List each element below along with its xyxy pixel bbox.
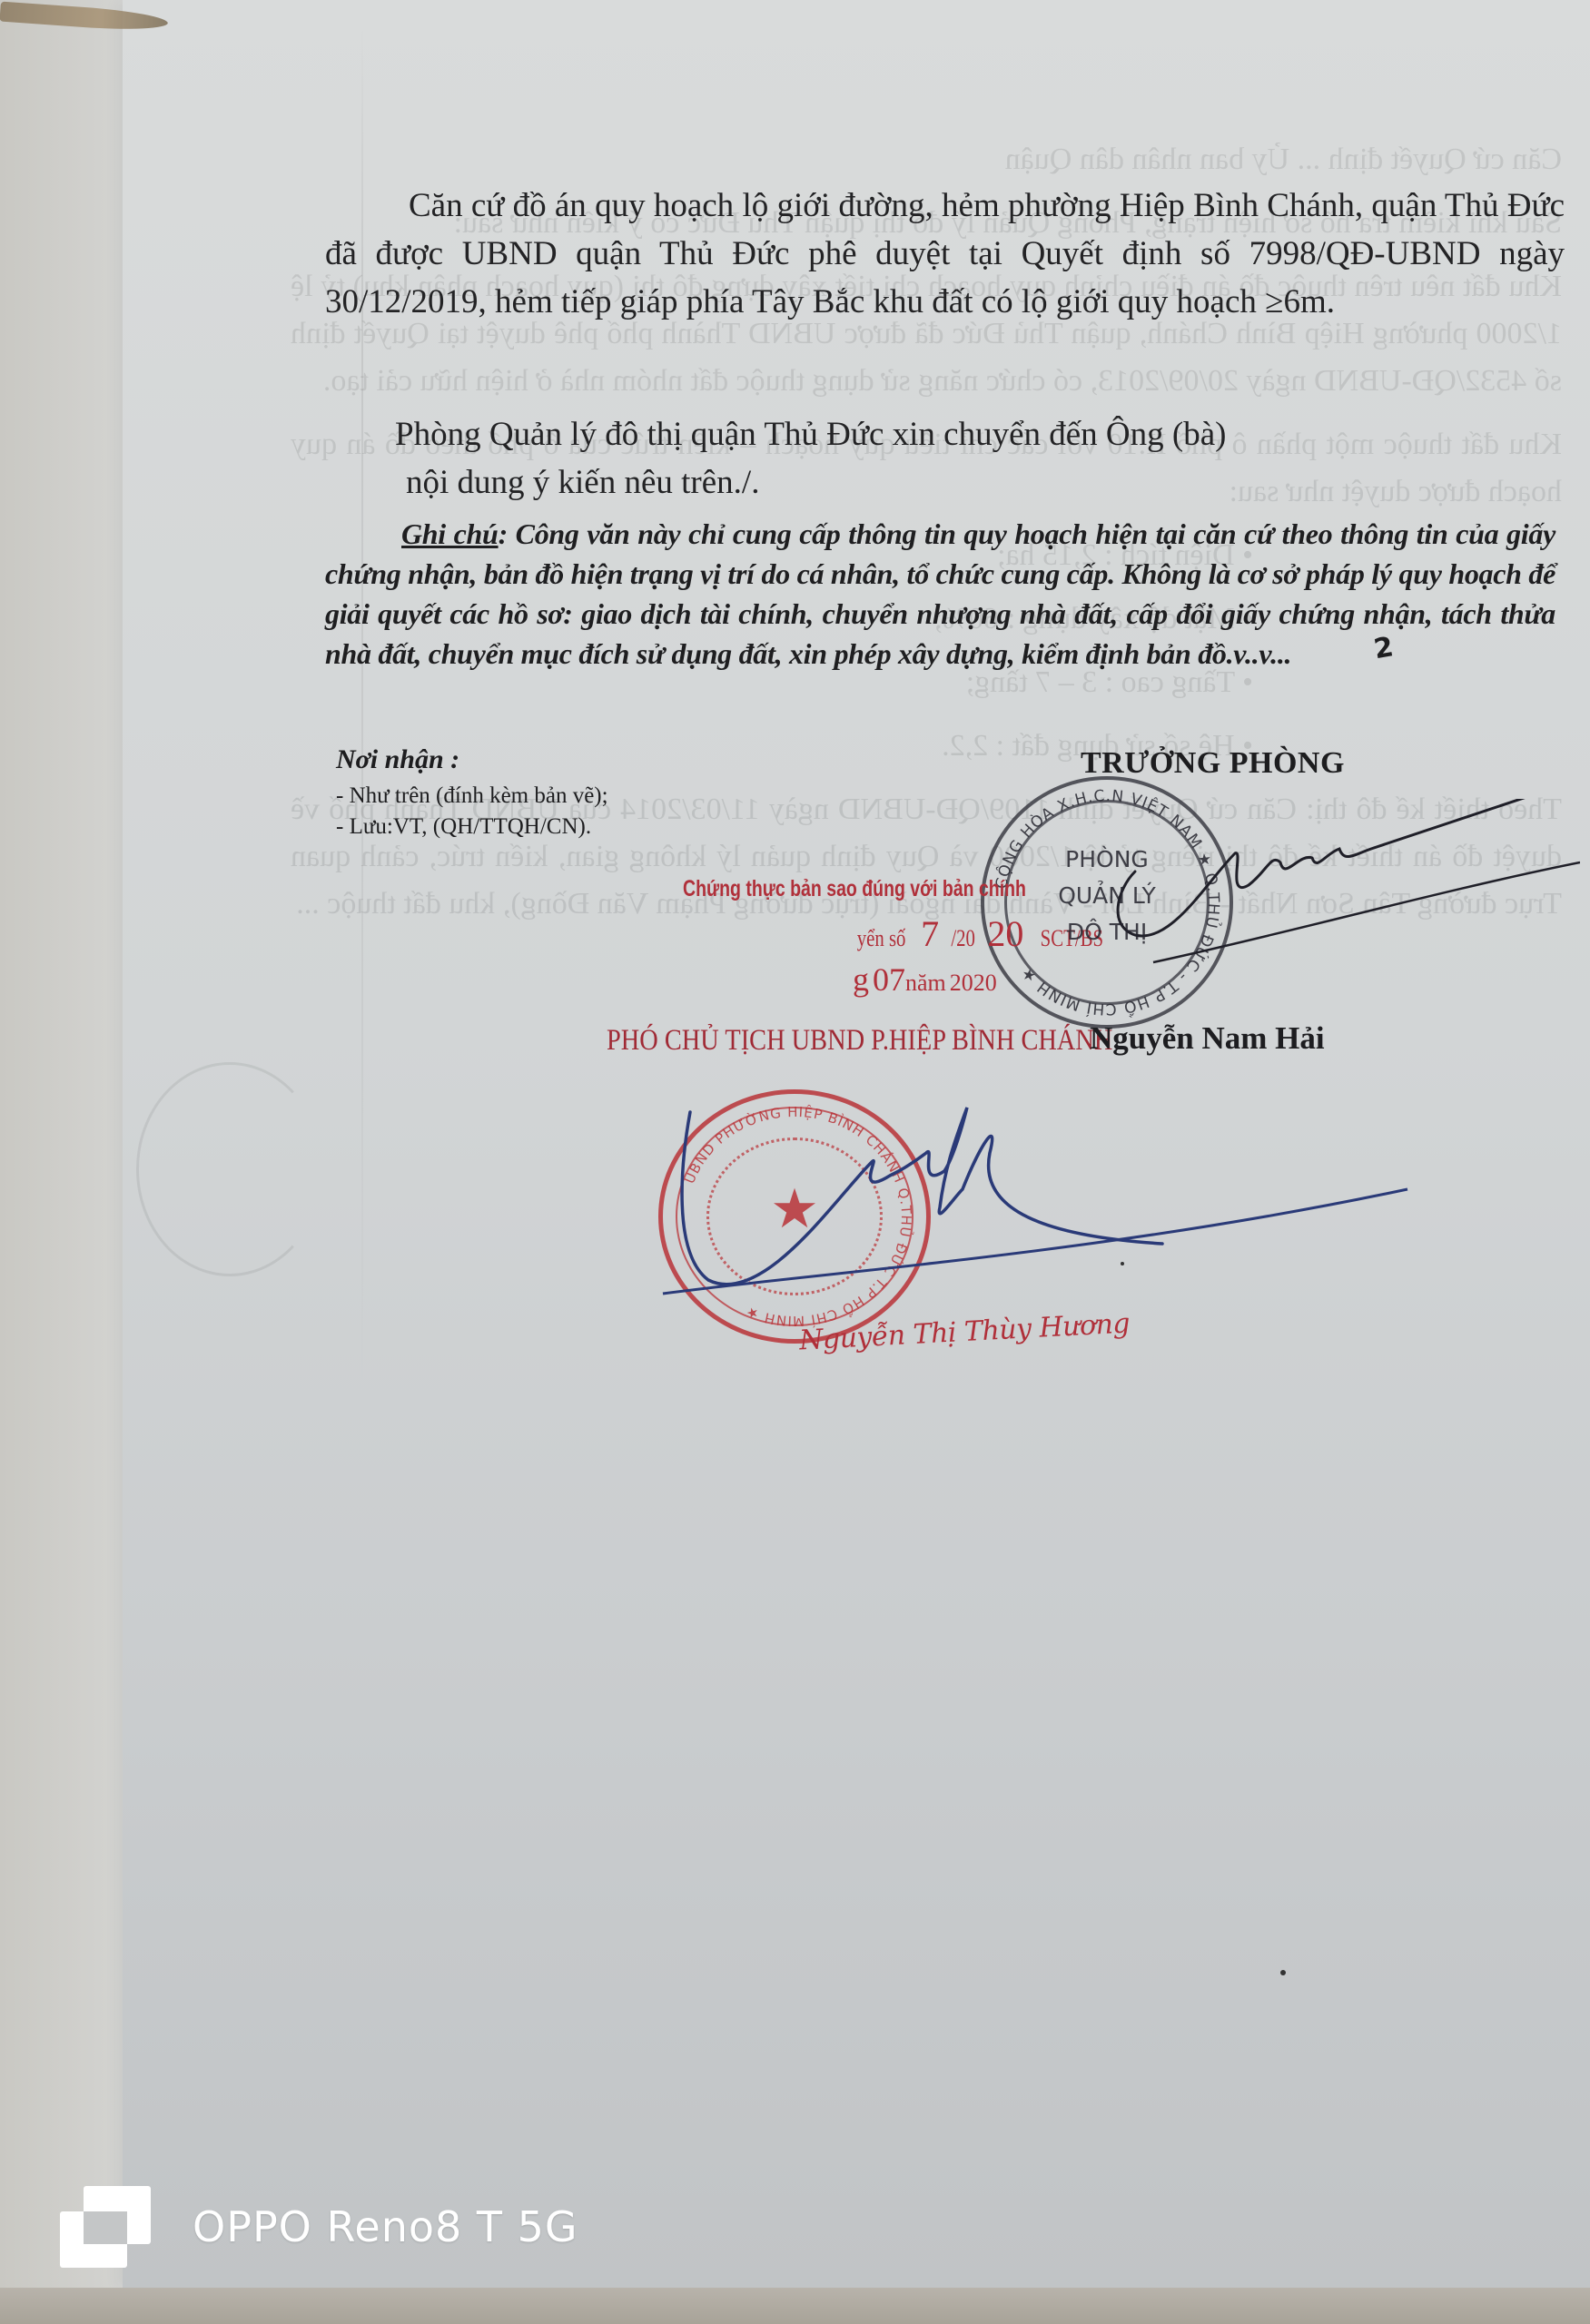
note-label: Ghi chú <box>401 517 499 550</box>
camera-watermark: OPPO Reno8 T 5G <box>60 2186 578 2268</box>
certification-statement: Chứng thực bản sao đúng với bản chính <box>683 876 1026 902</box>
desk-surface <box>0 2288 1590 2324</box>
signer-name: Nguyễn Nam Hải <box>1090 1020 1325 1057</box>
cert-month: 07 <box>873 961 905 998</box>
transmittal-line-2: nội dung ý kiến nêu trên./. <box>395 458 1485 507</box>
cert-date-prefix: g <box>853 961 869 998</box>
document-body: Căn cứ đồ án quy hoạch lộ giới đường, hẻ… <box>325 182 1565 326</box>
cert-prefix: yển số <box>857 925 906 952</box>
cert-date-year: 2020 <box>950 970 997 996</box>
cert-year-small: /20 <box>951 925 975 952</box>
dust-speck <box>1280 1970 1286 1975</box>
recipients-block: Nơi nhận : - Như trên (đính kèm bản vẽ);… <box>336 744 608 842</box>
cert-number: 7 <box>921 913 939 954</box>
stamp-line: QUẢN LÝ <box>984 878 1230 914</box>
cert-year-label: năm <box>905 970 946 996</box>
signer-title: TRƯỞNG PHÒNG <box>1081 746 1345 781</box>
note-block: Ghi chú: Công văn này chỉ cung cấp thông… <box>325 514 1555 675</box>
certification-date: g 07năm 2020 <box>853 960 997 999</box>
dust-speck <box>1121 1262 1124 1265</box>
watermark-text: OPPO Reno8 T 5G <box>193 2202 578 2251</box>
transmittal-line-1: Phòng Quản lý đô thị quận Thủ Đức xin ch… <box>395 416 1226 453</box>
recipients-title: Nơi nhận : <box>336 744 608 775</box>
ghost-stamp-icon <box>136 1062 323 1276</box>
stamp-line: ĐÔ THỊ <box>984 914 1230 950</box>
paragraph-transmittal: Phòng Quản lý đô thị quận Thủ Đức xin ch… <box>395 410 1485 507</box>
stamp-center-text: PHÒNG QUẢN LÝ ĐÔ THỊ <box>984 842 1230 950</box>
signature-blue-icon <box>654 1089 1417 1325</box>
vice-chair-title: PHÓ CHỦ TỊCH UBND P.HIỆP BÌNH CHÁNH <box>607 1024 1112 1058</box>
dual-camera-logo-icon <box>60 2186 151 2268</box>
initial-mark: 2 <box>1296 627 1397 683</box>
stamp-line: PHÒNG <box>984 842 1230 878</box>
recipient-item: - Như trên (đính kèm bản vẽ); <box>336 781 608 812</box>
paragraph-legal-basis: Căn cứ đồ án quy hoạch lộ giới đường, hẻ… <box>325 182 1565 326</box>
recipient-item: - Lưu:VT, (QH/TTQH/CN). <box>336 812 608 842</box>
